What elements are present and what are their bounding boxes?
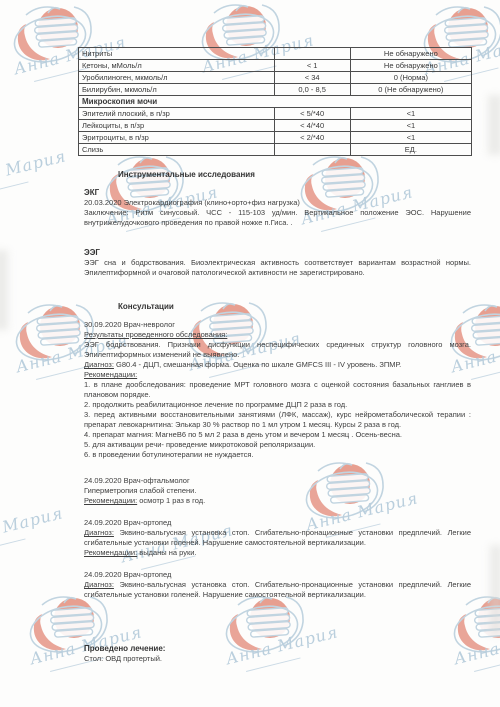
section-heading-consultations: Консультации — [118, 302, 471, 312]
table-section-row: Микроскопия мочи — [79, 96, 472, 108]
neurologist-diagnosis: Диагноз: G80.4 - ДЦП, смешанная форма. О… — [84, 360, 471, 370]
reference-cell: < 4/*40 — [274, 120, 350, 132]
table-row: Кетоны, мМоль/л < 1 Не обнаружено — [79, 60, 472, 72]
recommendation-item: 1. в плане дообследования: проведение МР… — [84, 380, 471, 400]
table-row: Билирубин, мкмоль/л 0,0 - 8,5 0 (Не обна… — [79, 84, 472, 96]
neurologist-results-label: Результаты проведенного обследования: — [84, 330, 471, 340]
section-heading-instrumental: Инструментальные исследования — [118, 170, 471, 180]
parameter-cell: Эпителий плоский, в п/зр — [79, 108, 275, 120]
result-cell: <1 — [350, 120, 471, 132]
parameter-cell: Уробилиноген, мкмоль/л — [79, 72, 275, 84]
result-cell: Не обнаружено — [350, 60, 471, 72]
parameter-cell: Нитриты — [79, 48, 275, 60]
result-cell: ЕД. — [350, 144, 471, 156]
parameter-cell: Билирубин, мкмоль/л — [79, 84, 275, 96]
eeg-text: ЭЭГ сна и бодрствования. Биоэлектрическа… — [84, 258, 471, 278]
neurologist-date-line: 30.09.2020 Врач-невролог — [84, 320, 471, 330]
urinalysis-results-table: Нитриты Не обнаружено Кетоны, мМоль/л < … — [78, 47, 472, 156]
table-row: Уробилиноген, мкмоль/л < 34 0 (Норма) — [79, 72, 472, 84]
parameter-cell: Слизь — [79, 144, 275, 156]
reference-cell: < 1 — [274, 60, 350, 72]
parameter-cell: Эритроциты, в п/зр — [79, 132, 275, 144]
orthopedist2-diagnosis: Диагноз: Эквино-вальгусная установка сто… — [84, 580, 471, 600]
document-content: Нитриты Не обнаружено Кетоны, мМоль/л < … — [0, 0, 500, 707]
treatment-line: Стол: ОВД протертый. — [84, 654, 471, 664]
report-text-column: Инструментальные исследования ЭКГ 20.03.… — [84, 170, 471, 664]
table-section-title: Микроскопия мочи — [79, 96, 472, 108]
orthopedist1-recommendations: Рекомендации: выданы на руки. — [84, 548, 471, 558]
table-row: Нитриты Не обнаружено — [79, 48, 472, 60]
result-cell: <1 — [350, 108, 471, 120]
result-cell: <1 — [350, 132, 471, 144]
orthopedist1-date-line: 24.09.2020 Врач-ортопед — [84, 518, 471, 528]
recommendation-item: 2. продолжить реабилитационное лечение п… — [84, 400, 471, 410]
recommendation-item: 6. в проведении ботулинотерапии не нужда… — [84, 450, 471, 460]
reference-cell — [274, 144, 350, 156]
eeg-title: ЭЭГ — [84, 248, 471, 258]
scanned-medical-report-page: Анна Мария Анна Мария — [0, 0, 500, 707]
reference-cell: < 34 — [274, 72, 350, 84]
result-cell: 0 (Норма) — [350, 72, 471, 84]
ecg-date-line: 20.03.2020 Электрокардиография (клино+ор… — [84, 198, 471, 208]
result-cell: 0 (Не обнаружено) — [350, 84, 471, 96]
reference-cell: < 5/*40 — [274, 108, 350, 120]
orthopedist1-diagnosis: Диагноз: Эквино-вальгусная установка сто… — [84, 528, 471, 548]
neurologist-results-text: ЭЭГ бодрствования. Признаки дисфункции н… — [84, 340, 471, 360]
recommendation-item: 5. для активации речи- проведение микрот… — [84, 440, 471, 450]
table-row: Эпителий плоский, в п/зр < 5/*40 <1 — [79, 108, 472, 120]
table-row: Слизь ЕД. — [79, 144, 472, 156]
ophthalmologist-text: Гиперметропия слабой степени. — [84, 486, 471, 496]
table-row: Эритроциты, в п/зр < 2/*40 <1 — [79, 132, 472, 144]
result-cell: Не обнаружено — [350, 48, 471, 60]
reference-cell — [274, 48, 350, 60]
ecg-title: ЭКГ — [84, 188, 471, 198]
ophthalmologist-date-line: 24.09.2020 Врач-офтальмолог — [84, 476, 471, 486]
ophthalmologist-recommendations: Рекомендации: осмотр 1 раз в год. — [84, 496, 471, 506]
recommendation-item: 3. перед активными восстановительными за… — [84, 410, 471, 430]
orthopedist2-date-line: 24.09.2020 Врач-ортопед — [84, 570, 471, 580]
treatment-heading: Проведено лечение: — [84, 644, 471, 654]
parameter-cell: Кетоны, мМоль/л — [79, 60, 275, 72]
reference-cell: < 2/*40 — [274, 132, 350, 144]
ecg-conclusion: Заключение: Ритм синусовый. ЧСС - 115-10… — [84, 208, 471, 228]
parameter-cell: Лейкоциты, в п/зр — [79, 120, 275, 132]
recommendation-item: 4. препарат магния: МагнеВ6 по 5 мл 2 ра… — [84, 430, 471, 440]
neurologist-recommendations-label: Рекомендации: — [84, 370, 471, 380]
table-row: Лейкоциты, в п/зр < 4/*40 <1 — [79, 120, 472, 132]
reference-cell: 0,0 - 8,5 — [274, 84, 350, 96]
